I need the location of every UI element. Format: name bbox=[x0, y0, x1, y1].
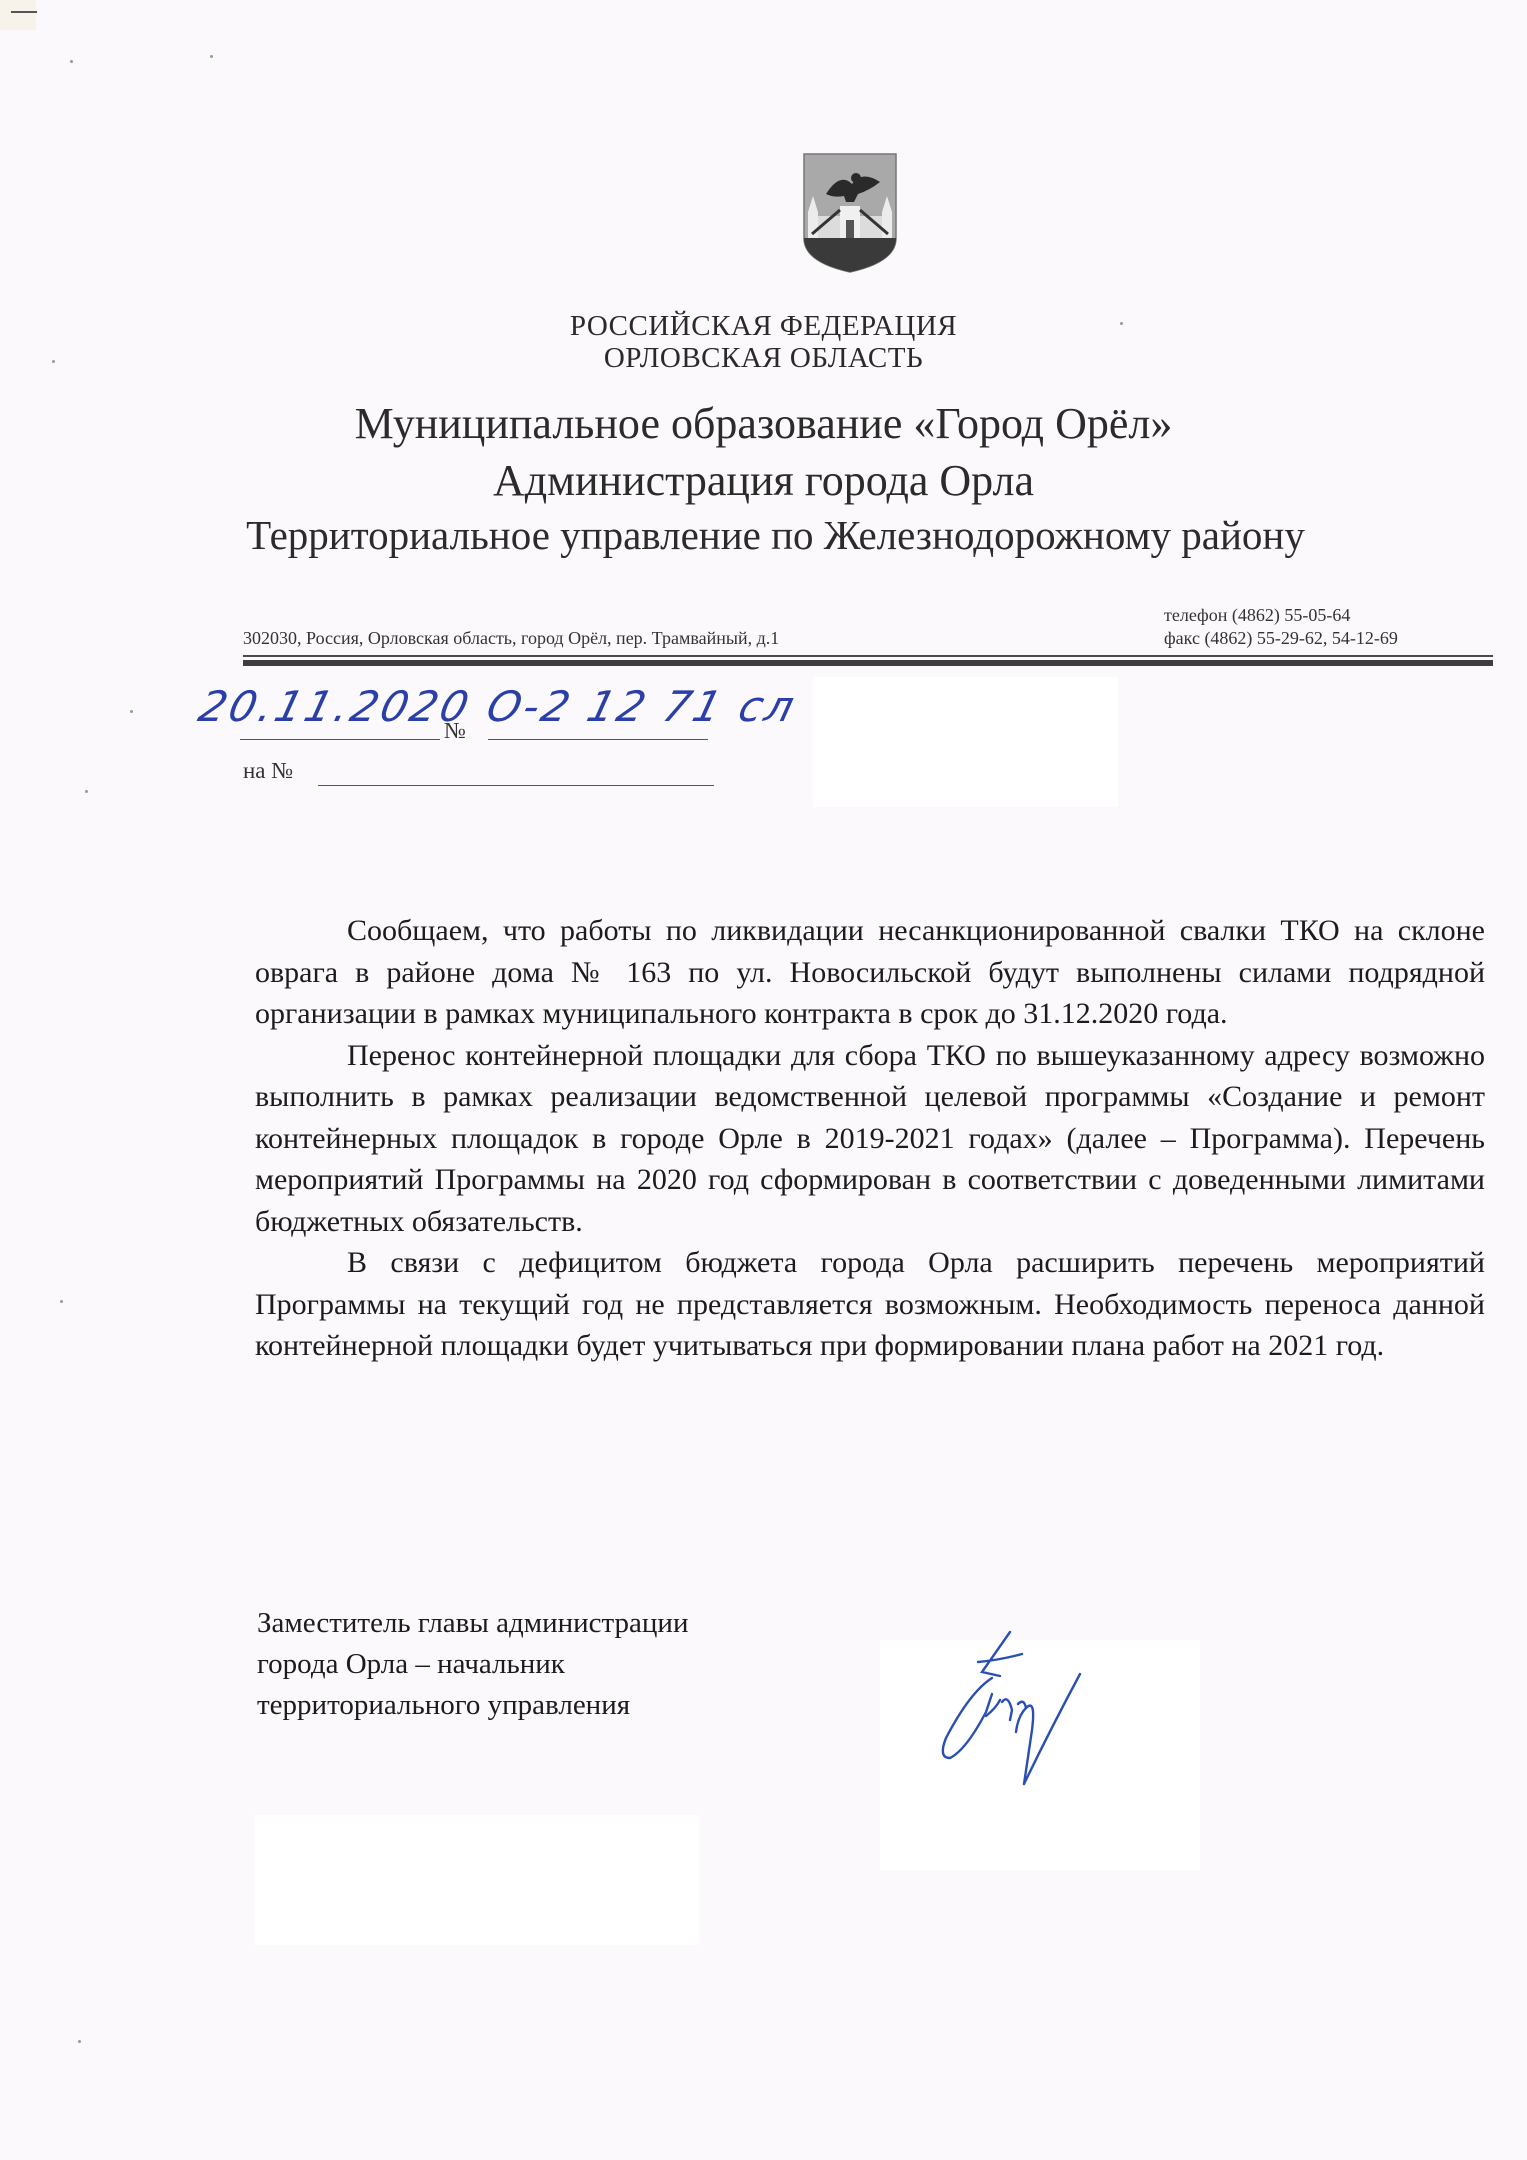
fax-line: факс (4862) 55-29-62, 54-12-69 bbox=[1164, 627, 1398, 650]
scan-speck bbox=[60, 1300, 63, 1303]
signatory-line: территориального управления bbox=[257, 1685, 688, 1726]
signatory-line: Заместитель главы администрации bbox=[257, 1603, 688, 1644]
phone-line: телефон (4862) 55-05-64 bbox=[1164, 604, 1398, 627]
number-underline bbox=[488, 739, 708, 740]
region-label: ОРЛОВСКАЯ ОБЛАСТЬ bbox=[0, 342, 1527, 374]
header-rule-thick bbox=[243, 660, 1493, 666]
signature-icon bbox=[900, 1620, 1120, 1800]
handwritten-date: 20.11.2020 bbox=[194, 682, 477, 731]
scan-speck bbox=[210, 55, 213, 58]
body-paragraph: Перенос контейнерной площадки для сбора … bbox=[255, 1035, 1485, 1243]
redacted-signatory-name bbox=[254, 1815, 699, 1945]
date-underline bbox=[240, 739, 440, 740]
signatory-title: Заместитель главы администрации города О… bbox=[257, 1603, 688, 1726]
administration-title: Администрация города Орла bbox=[0, 455, 1527, 506]
municipality-title: Муниципальное образование «Город Орёл» bbox=[0, 398, 1527, 449]
handwritten-number: О-2 12 71 сл bbox=[482, 682, 802, 731]
department-title: Территориальное управление по Железнодор… bbox=[0, 511, 1527, 559]
reply-to-label: на № bbox=[243, 758, 293, 784]
redacted-addressee bbox=[813, 677, 1118, 807]
scan-speck bbox=[78, 2040, 81, 2043]
scan-speck bbox=[70, 60, 73, 63]
contact-block: телефон (4862) 55-05-64 факс (4862) 55-2… bbox=[1164, 604, 1398, 650]
scan-tint bbox=[0, 0, 36, 30]
scan-corner-mark bbox=[11, 11, 37, 13]
body-paragraph: В связи с дефицитом бюджета города Орла … bbox=[255, 1242, 1485, 1367]
reply-to-underline bbox=[318, 785, 714, 786]
scan-speck bbox=[130, 710, 133, 713]
scan-speck bbox=[85, 790, 88, 793]
body-paragraph: Сообщаем, что работы по ликвидации несан… bbox=[255, 910, 1485, 1035]
signatory-line: города Орла – начальник bbox=[257, 1644, 688, 1685]
number-sign: № bbox=[444, 718, 466, 744]
header-rule-thin bbox=[243, 655, 1493, 657]
coat-of-arms-icon bbox=[800, 150, 900, 274]
letter-body: Сообщаем, что работы по ликвидации несан… bbox=[255, 910, 1485, 1367]
country-label: РОССИЙСКАЯ ФЕДЕРАЦИЯ bbox=[0, 310, 1527, 342]
address-line: 302030, Россия, Орловская область, город… bbox=[243, 628, 779, 649]
